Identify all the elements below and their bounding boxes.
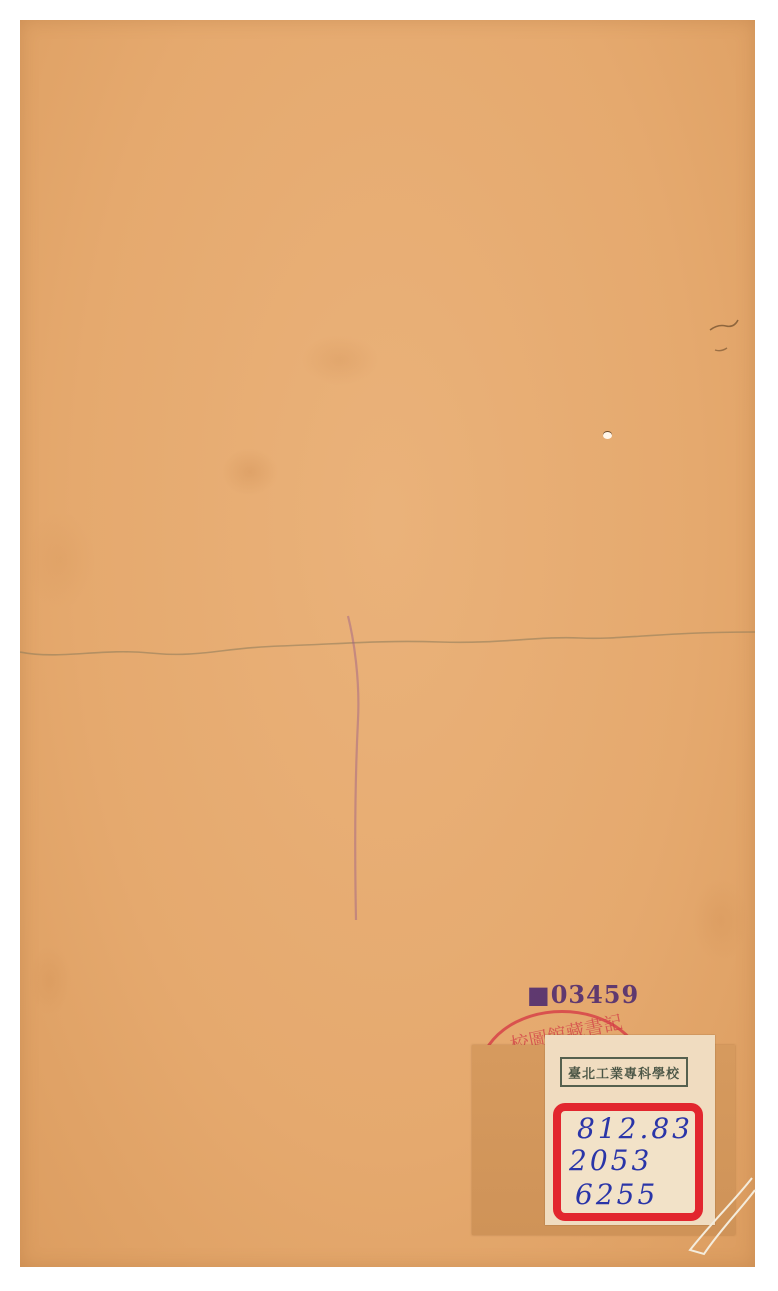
accession-number-stamp: ■03459 <box>527 980 639 1009</box>
library-call-number-label: 臺北工業專科學校 812.83 2053 6255 <box>545 1035 715 1225</box>
call-number-line-1: 812.83 <box>577 1115 693 1143</box>
institution-name: 臺北工業專科學校 <box>560 1057 688 1087</box>
paper-hole <box>603 432 612 439</box>
call-number-line-3: 6255 <box>575 1181 658 1209</box>
call-number-box: 812.83 2053 6255 <box>553 1103 703 1221</box>
call-number-line-2: 2053 <box>569 1147 652 1175</box>
accession-prefix: ■ <box>527 980 551 1009</box>
accession-number: 03459 <box>551 980 640 1009</box>
